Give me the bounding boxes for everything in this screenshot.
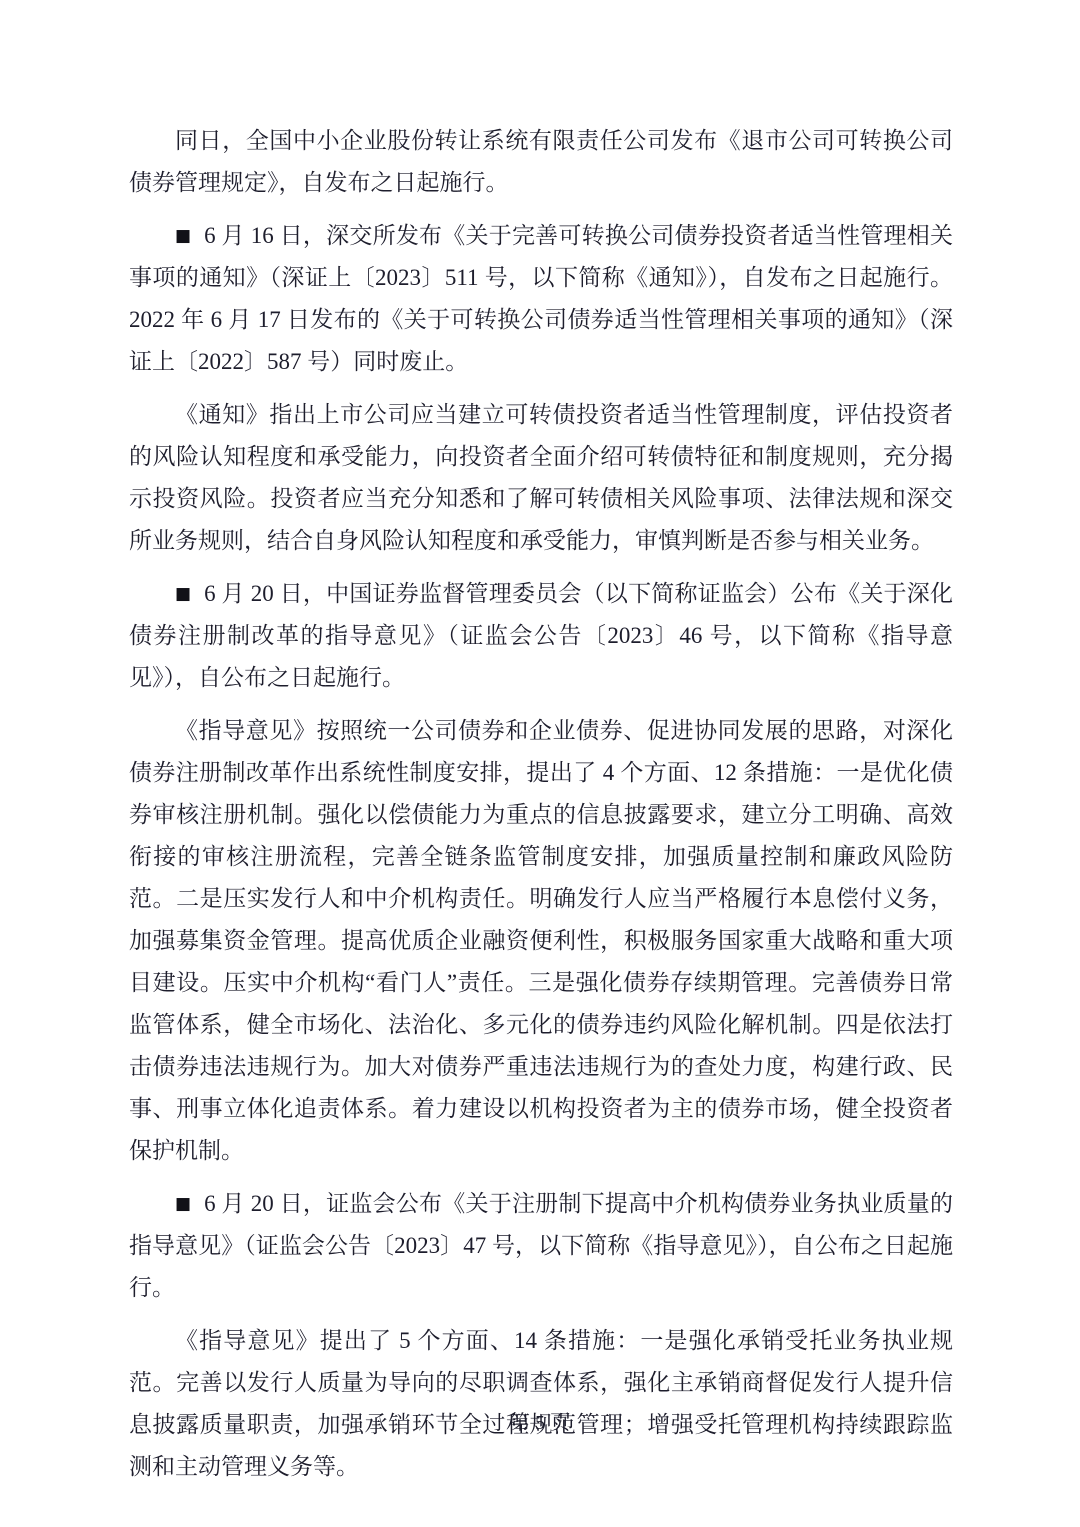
- bulleted-paragraph: ■6 月 20 日，证监会公布《关于注册制下提高中介机构债券业务执业质量的指导意…: [129, 1183, 953, 1309]
- bulleted-paragraph: ■6 月 20 日，中国证券监督管理委员会（以下简称证监会）公布《关于深化债券注…: [129, 573, 953, 699]
- page-number: 第 5 页: [510, 1412, 570, 1434]
- paragraph-text: 6 月 16 日，深交所发布《关于完善可转换公司债券投资者适当性管理相关事项的通…: [129, 223, 953, 374]
- paragraph-text: 6 月 20 日，中国证券监督管理委员会（以下简称证监会）公布《关于深化债券注册…: [129, 581, 953, 690]
- document-body: 同日，全国中小企业股份转让系统有限责任公司发布《退市公司可转换公司债券管理规定》…: [129, 120, 953, 1488]
- paragraph-text: 同日，全国中小企业股份转让系统有限责任公司发布《退市公司可转换公司债券管理规定》…: [129, 128, 953, 195]
- bulleted-paragraph: ■6 月 16 日，深交所发布《关于完善可转换公司债券投资者适当性管理相关事项的…: [129, 215, 953, 383]
- paragraph-text: 《指导意见》按照统一公司债券和企业债券、促进协同发展的思路，对深化债券注册制改革…: [129, 718, 953, 1163]
- paragraph-text: 《通知》指出上市公司应当建立可转债投资者适当性管理制度，评估投资者的风险认知程度…: [129, 402, 953, 553]
- paragraph-text: 6 月 20 日，证监会公布《关于注册制下提高中介机构债券业务执业质量的指导意见…: [129, 1191, 953, 1300]
- document-page: 同日，全国中小企业股份转让系统有限责任公司发布《退市公司可转换公司债券管理规定》…: [0, 0, 1080, 1527]
- paragraph: 《指导意见》提出了 5 个方面、14 条措施：一是强化承销受托业务执业规范。完善…: [129, 1320, 953, 1488]
- bullet-square-icon: ■: [175, 586, 191, 603]
- paragraph: 《指导意见》按照统一公司债券和企业债券、促进协同发展的思路，对深化债券注册制改革…: [129, 710, 953, 1172]
- paragraph: 同日，全国中小企业股份转让系统有限责任公司发布《退市公司可转换公司债券管理规定》…: [129, 120, 953, 204]
- page-footer: 第 5 页: [0, 1406, 1080, 1435]
- bullet-square-icon: ■: [175, 228, 191, 245]
- bullet-square-icon: ■: [175, 1196, 191, 1213]
- paragraph-text: 《指导意见》提出了 5 个方面、14 条措施：一是强化承销受托业务执业规范。完善…: [129, 1328, 953, 1479]
- paragraph: 《通知》指出上市公司应当建立可转债投资者适当性管理制度，评估投资者的风险认知程度…: [129, 394, 953, 562]
